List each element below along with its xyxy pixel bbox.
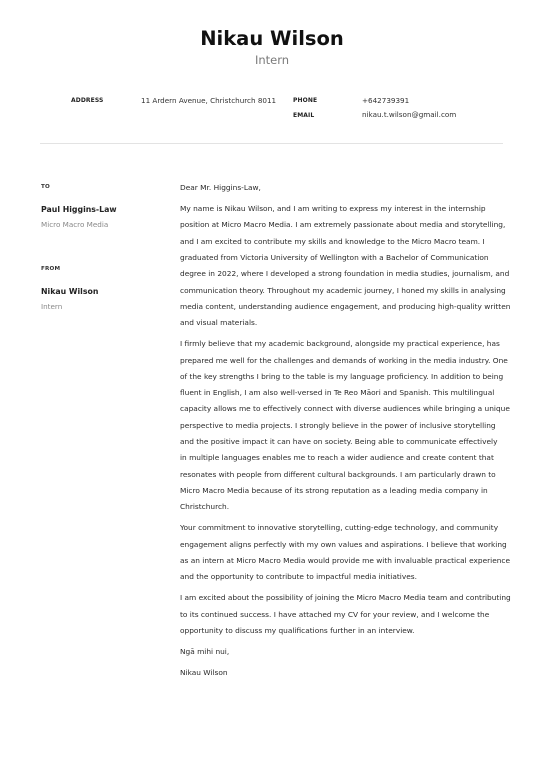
sender-title: Intern [41, 302, 62, 311]
letter-line: engagement aligns perfectly with my own … [180, 537, 510, 553]
letter-body: Dear Mr. Higgins-Law, My name is Nikau W… [180, 180, 510, 686]
letter-line: Micro Macro Media because of its strong … [180, 483, 510, 499]
letter-line: and the positive impact it can have on s… [180, 434, 510, 450]
paragraph-intro: My name is Nikau Wilson, and I am writin… [180, 201, 510, 331]
resume-header: Nikau Wilson Intern [0, 26, 544, 68]
phone-value: +642739391 [362, 96, 409, 105]
letter-line: perspective to media projects. I strongl… [180, 418, 510, 434]
applicant-title: Intern [0, 52, 544, 68]
letter-line: and visual materials. [180, 315, 510, 331]
letter-line: communication theory. Throughout my acad… [180, 283, 510, 299]
letter-line: as an intern at Micro Macro Media would … [180, 553, 510, 569]
paragraph-background: I firmly believe that my academic backgr… [180, 336, 510, 515]
applicant-name: Nikau Wilson [0, 26, 544, 52]
signature: Nikau Wilson [180, 665, 510, 681]
letter-line: to its continued success. I have attache… [180, 607, 510, 623]
letter-line: position at Micro Macro Media. I am extr… [180, 217, 510, 233]
closing-phrase: Ngā mihi nui, [180, 644, 510, 660]
letter-line: media content, understanding audience en… [180, 299, 510, 315]
recipient-company: Micro Macro Media [41, 220, 108, 229]
letter-line: fluent in English, I am also well-versed… [180, 385, 510, 401]
letter-line: graduated from Victoria University of We… [180, 250, 510, 266]
from-label: FROM [41, 266, 60, 272]
letter-line: of the key strengths I bring to the tabl… [180, 369, 510, 385]
letter-line: Your commitment to innovative storytelli… [180, 520, 510, 536]
letter-line: Christchurch. [180, 499, 510, 515]
salutation: Dear Mr. Higgins-Law, [180, 180, 510, 196]
letter-line: I firmly believe that my academic backgr… [180, 336, 510, 352]
letter-line: and the opportunity to contribute to imp… [180, 569, 510, 585]
sender-name: Nikau Wilson [41, 287, 98, 296]
phone-label: PHONE [293, 97, 317, 104]
email-value: nikau.t.wilson@gmail.com [362, 110, 456, 119]
letter-line: capacity allows me to effectively connec… [180, 401, 510, 417]
letter-line: opportunity to discuss my qualifications… [180, 623, 510, 639]
letter-line: prepared me well for the challenges and … [180, 353, 510, 369]
recipient-name: Paul Higgins-Law [41, 205, 117, 214]
letter-line: degree in 2022, where I developed a stro… [180, 266, 510, 282]
address-label: ADDRESS [71, 97, 103, 104]
letter-line: My name is Nikau Wilson, and I am writin… [180, 201, 510, 217]
paragraph-closing: I am excited about the possibility of jo… [180, 590, 510, 639]
paragraph-commitment: Your commitment to innovative storytelli… [180, 520, 510, 585]
email-label: EMAIL [293, 112, 314, 119]
letter-line: I am excited about the possibility of jo… [180, 590, 510, 606]
to-label: TO [41, 184, 50, 190]
letter-line: resonates with people from different cul… [180, 467, 510, 483]
address-value: 11 Ardern Avenue, Christchurch 8011 [141, 96, 276, 105]
letter-line: and I am excited to contribute my skills… [180, 234, 510, 250]
letter-line: in multiple languages enables me to reac… [180, 450, 510, 466]
header-divider [40, 143, 503, 144]
